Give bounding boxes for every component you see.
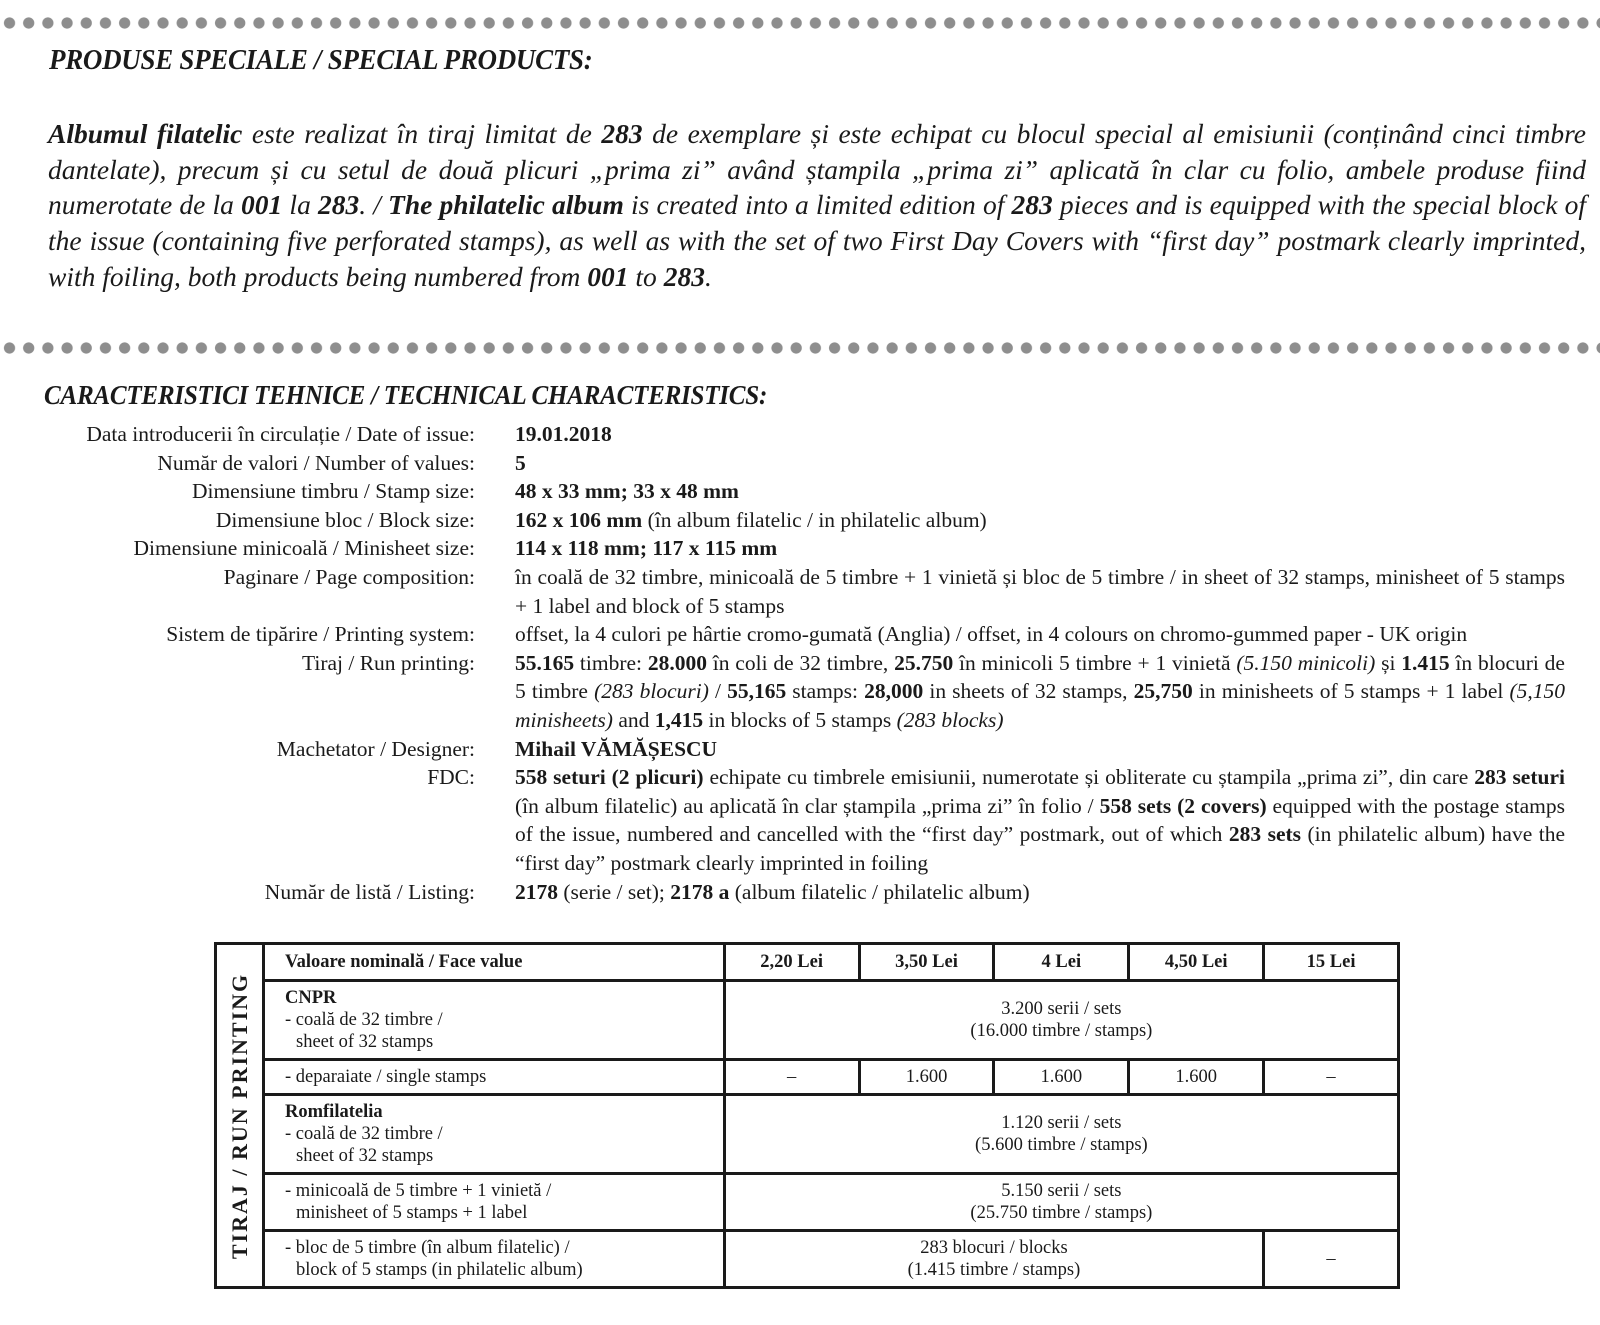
- row-listing: Număr de listă / Listing: 2178 (serie / …: [0, 878, 1600, 907]
- label: Data introducerii în circulație / Date o…: [0, 420, 475, 449]
- face-value: 2,20 Lei: [724, 944, 859, 981]
- t: în minicoli 5 timbre + 1 vinietă: [953, 651, 1236, 675]
- label: Sistem de tipărire / Printing system:: [0, 620, 475, 649]
- row-fdc: FDC: 558 seturi (2 plicuri) echipate cu …: [0, 763, 1600, 877]
- t: (album filatelic / philatelic album): [729, 880, 1029, 904]
- value: în coală de 32 timbre, minicoală de 5 ti…: [515, 563, 1565, 620]
- row-designer: Machetator / Designer: Mihail VĂMĂȘESCU: [0, 735, 1600, 764]
- n: 283 sets: [1229, 822, 1301, 846]
- t: în coli de 32 timbre,: [707, 651, 894, 675]
- row-line: sheet of 32 stamps: [285, 1031, 715, 1053]
- face-value: 3,50 Lei: [859, 944, 994, 981]
- note: (283 blocuri): [594, 679, 709, 703]
- side-label: TIRAJ / RUN PRINTING: [229, 972, 251, 1258]
- n: 25.750: [894, 651, 953, 675]
- face-value: 4,50 Lei: [1129, 944, 1264, 981]
- face-value: 15 Lei: [1264, 944, 1399, 981]
- value: 114 x 118 mm; 117 x 115 mm: [515, 534, 1565, 563]
- value: 5: [515, 449, 1565, 478]
- row-line: - coală de 32 timbre /: [285, 1123, 715, 1145]
- row-line: - minicoală de 5 timbre + 1 vinietă /: [285, 1180, 715, 1202]
- t: in blocks of 5 stamps: [703, 708, 897, 732]
- edition-count: 283: [601, 118, 642, 149]
- row-line: - bloc de 5 timbre (în album filatelic) …: [285, 1237, 715, 1259]
- note: (283 blocks): [897, 708, 1004, 732]
- album-lead-ro: Albumul filatelic: [48, 118, 242, 149]
- t: echipate cu timbrele emisiunii, numerota…: [704, 765, 1475, 789]
- text: este realizat în tiraj limitat de: [242, 118, 601, 149]
- value: 48 x 33 mm; 33 x 48 mm: [515, 477, 1565, 506]
- text: .: [705, 261, 712, 292]
- row-label: - minicoală de 5 timbre + 1 vinietă / mi…: [264, 1174, 725, 1231]
- row-title: CNPR: [285, 987, 715, 1009]
- value: 162 x 106 mm (în album filatelic / in ph…: [515, 506, 1565, 535]
- row-value: 283 blocuri / blocks (1.415 timbre / sta…: [724, 1231, 1263, 1288]
- t: și: [1375, 651, 1401, 675]
- label: Dimensiune bloc / Block size:: [0, 506, 475, 535]
- label: Machetator / Designer:: [0, 735, 475, 764]
- row-run-printing: Tiraj / Run printing: 55.165 timbre: 28.…: [0, 649, 1600, 735]
- row-title: Romfilatelia: [285, 1101, 715, 1123]
- t: timbre:: [574, 651, 648, 675]
- note: (5.150 minicoli): [1236, 651, 1375, 675]
- label: Tiraj / Run printing:: [0, 649, 475, 735]
- table-row-cnpr: CNPR - coală de 32 timbre / sheet of 32 …: [216, 981, 1399, 1060]
- text: la: [282, 189, 318, 220]
- row-label: - bloc de 5 timbre (în album filatelic) …: [264, 1231, 725, 1288]
- row-minisheet-size: Dimensiune minicoală / Minisheet size: 1…: [0, 534, 1600, 563]
- row-label: - deparaiate / single stamps: [264, 1060, 725, 1095]
- row-value: 3.200 serii / sets (16.000 timbre / stam…: [724, 981, 1398, 1060]
- value-line: (5.600 timbre / stamps): [734, 1134, 1389, 1156]
- value: 19.01.2018: [515, 420, 1565, 449]
- cell: 1.600: [1129, 1060, 1264, 1095]
- row-block-size: Dimensiune bloc / Block size: 162 x 106 …: [0, 506, 1600, 535]
- block-size-note: (în album filatelic / in philatelic albu…: [642, 508, 987, 532]
- edition-count: 283: [1012, 189, 1053, 220]
- perforation-divider-top: [0, 16, 1600, 30]
- row-stamp-size: Dimensiune timbru / Stamp size: 48 x 33 …: [0, 477, 1600, 506]
- number-from: 001: [587, 261, 628, 292]
- text: is created into a limited edition of: [624, 189, 1012, 220]
- row-page-composition: Paginare / Page composition: în coală de…: [0, 563, 1600, 620]
- value-line: (16.000 timbre / stamps): [734, 1020, 1389, 1042]
- stamp-size-value: 48 x 33 mm; 33 x 48 mm: [515, 479, 739, 503]
- value-line: 283 blocuri / blocks: [734, 1237, 1254, 1259]
- value: 55.165 timbre: 28.000 în coli de 32 timb…: [515, 649, 1565, 735]
- n: 55.165: [515, 651, 574, 675]
- t: /: [709, 679, 727, 703]
- label: Dimensiune timbru / Stamp size:: [0, 477, 475, 506]
- n: 28.000: [648, 651, 707, 675]
- minisheet-size-value: 114 x 118 mm; 117 x 115 mm: [515, 536, 777, 560]
- face-value: 4 Lei: [994, 944, 1129, 981]
- cell: –: [724, 1060, 859, 1095]
- label: Număr de listă / Listing:: [0, 878, 475, 907]
- row-line: block of 5 stamps (in philatelic album): [285, 1259, 715, 1281]
- cell: –: [1264, 1231, 1399, 1288]
- n: 1.415: [1401, 651, 1449, 675]
- n: 28,000: [864, 679, 923, 703]
- row-value: 5.150 serii / sets (25.750 timbre / stam…: [724, 1174, 1398, 1231]
- row-line: minisheet of 5 stamps + 1 label: [285, 1202, 715, 1224]
- separator: . /: [359, 189, 388, 220]
- row-line: sheet of 32 stamps: [285, 1145, 715, 1167]
- row-label: Romfilatelia - coală de 32 timbre / shee…: [264, 1095, 725, 1174]
- value: Mihail VĂMĂȘESCU: [515, 735, 1565, 764]
- label: Paginare / Page composition:: [0, 563, 475, 620]
- n: 1,415: [655, 708, 703, 732]
- cell: 1.600: [859, 1060, 994, 1095]
- header-label: Valoare nominală / Face value: [264, 944, 725, 981]
- value: offset, la 4 culori pe hârtie cromo-guma…: [515, 620, 1565, 649]
- n: 558 sets (2 covers): [1100, 794, 1267, 818]
- value: 558 seturi (2 plicuri) echipate cu timbr…: [515, 763, 1565, 877]
- table-header-row: TIRAJ / RUN PRINTING Valoare nominală / …: [216, 944, 1399, 981]
- special-products-paragraph: Albumul filatelic este realizat în tiraj…: [48, 116, 1586, 295]
- label: Dimensiune minicoală / Minisheet size:: [0, 534, 475, 563]
- value-line: 3.200 serii / sets: [734, 998, 1389, 1020]
- values-count: 5: [515, 451, 526, 475]
- label: FDC:: [0, 763, 475, 877]
- perforation-divider-middle: [0, 341, 1600, 355]
- table-row-romfilatelia: Romfilatelia - coală de 32 timbre / shee…: [216, 1095, 1399, 1174]
- n: 558 seturi (2 plicuri): [515, 765, 704, 789]
- label: Număr de valori / Number of values:: [0, 449, 475, 478]
- special-products-heading: PRODUSE SPECIALE / SPECIAL PRODUCTS:: [49, 44, 592, 77]
- n: 55,165: [727, 679, 786, 703]
- table-row-minisheet: - minicoală de 5 timbre + 1 vinietă / mi…: [216, 1174, 1399, 1231]
- t: in sheets of 32 stamps,: [923, 679, 1133, 703]
- cell: –: [1264, 1060, 1399, 1095]
- row-value: 1.120 serii / sets (5.600 timbre / stamp…: [724, 1095, 1398, 1174]
- date-value: 19.01.2018: [515, 422, 612, 446]
- n: 25,750: [1134, 679, 1193, 703]
- text: to: [629, 261, 664, 292]
- row-number-of-values: Număr de valori / Number of values: 5: [0, 449, 1600, 478]
- row-date-of-issue: Data introducerii în circulație / Date o…: [0, 420, 1600, 449]
- n: 283 seturi: [1474, 765, 1565, 789]
- value-line: 5.150 serii / sets: [734, 1180, 1389, 1202]
- n: 2178: [515, 880, 558, 904]
- side-label-cell: TIRAJ / RUN PRINTING: [216, 944, 264, 1288]
- cell: 1.600: [994, 1060, 1129, 1095]
- t: in minisheets of 5 stamps + 1 label: [1193, 679, 1510, 703]
- t: stamps:: [786, 679, 864, 703]
- row-line: - coală de 32 timbre /: [285, 1009, 715, 1031]
- album-lead-en: The philatelic album: [388, 189, 624, 220]
- run-printing-table: TIRAJ / RUN PRINTING Valoare nominală / …: [214, 942, 1400, 1289]
- table-row-single-stamps: - deparaiate / single stamps – 1.600 1.6…: [216, 1060, 1399, 1095]
- technical-characteristics: Data introducerii în circulație / Date o…: [0, 420, 1600, 906]
- value: 2178 (serie / set); 2178 a (album filate…: [515, 878, 1565, 907]
- row-printing-system: Sistem de tipărire / Printing system: of…: [0, 620, 1600, 649]
- row-label: CNPR - coală de 32 timbre / sheet of 32 …: [264, 981, 725, 1060]
- n: 2178 a: [670, 880, 729, 904]
- value-line: (25.750 timbre / stamps): [734, 1202, 1389, 1224]
- table-row-block: - bloc de 5 timbre (în album filatelic) …: [216, 1231, 1399, 1288]
- t: (în album filatelic) au aplicată în clar…: [515, 794, 1100, 818]
- value-line: (1.415 timbre / stamps): [734, 1259, 1254, 1281]
- number-to: 283: [664, 261, 705, 292]
- block-size-value: 162 x 106 mm: [515, 508, 642, 532]
- t: (serie / set);: [558, 880, 670, 904]
- designer-name: Mihail VĂMĂȘESCU: [515, 737, 717, 761]
- number-from: 001: [241, 189, 282, 220]
- t: and: [613, 708, 655, 732]
- technical-heading: CARACTERISTICI TEHNICE / TECHNICAL CHARA…: [44, 380, 767, 411]
- value-line: 1.120 serii / sets: [734, 1112, 1389, 1134]
- number-to: 283: [318, 189, 359, 220]
